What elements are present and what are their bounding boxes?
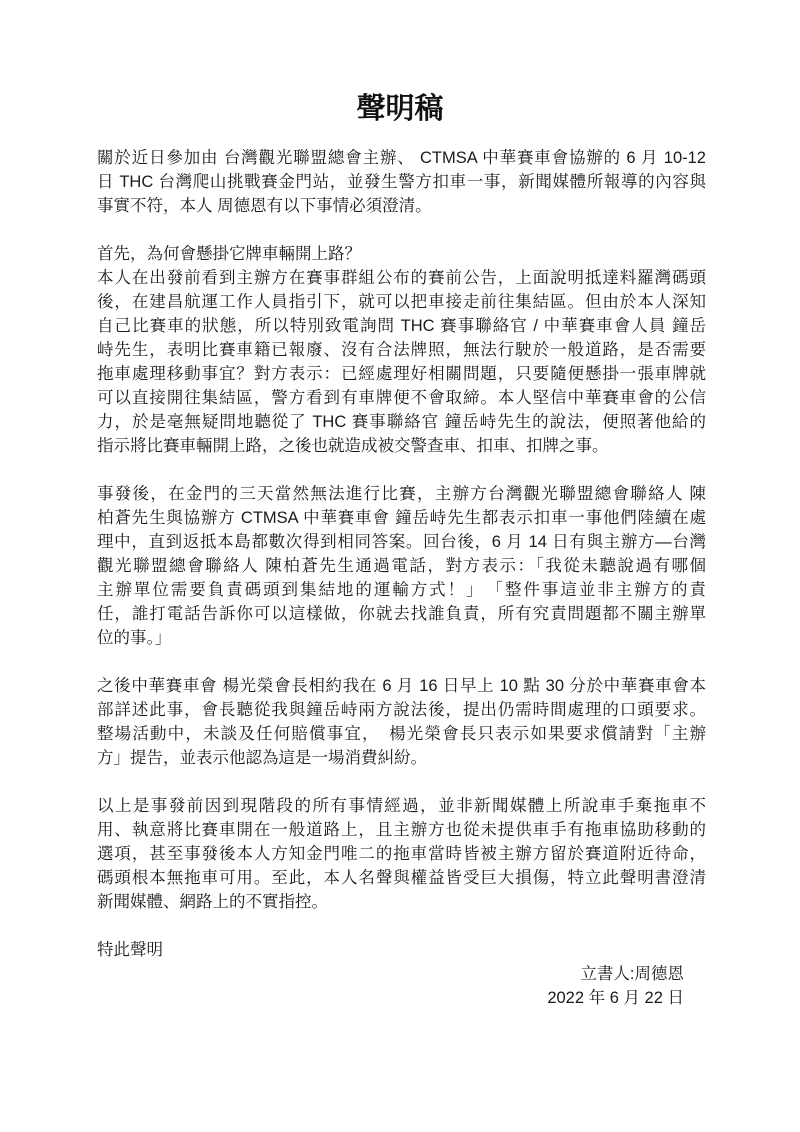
text-line: 自己比賽車的狀態，所以特別致電詢問 THC 賽事聯絡官 / 中華賽車會人員 鐘岳 (97, 314, 706, 338)
text-line: 位的事。」 (97, 626, 706, 650)
paragraph-question-heading: 首先，為何會懸掛它牌車輛開上路？ (97, 242, 706, 266)
paragraph-conclusion: 以上是事發前因到現階段的所有事情經過，並非新聞媒體上所說車手棄拖車不 用、執意將… (97, 794, 706, 914)
text-line: 選項，甚至事發後本人方知金門唯二的拖車當時皆被主辦方留於賽道附近待命， (97, 842, 706, 866)
text-line: 以上是事發前因到現階段的所有事情經過，並非新聞媒體上所說車手棄拖車不 (97, 794, 706, 818)
text-line: 拖車處理移動事宜？對方表示：已經處理好相關問題，只要隨便懸掛一張車牌就 (97, 362, 706, 386)
text-line: 事發後，在金門的三天當然無法進行比賽，主辦方台灣觀光聯盟總會聯絡人 陳 (97, 482, 706, 506)
text-line: 觀光聯盟總會聯絡人 陳柏蒼先生通過電話，對方表示：「我從未聽說過有哪個 (97, 554, 706, 578)
text-line: 後，在建昌航運工作人員指引下，就可以把車接走前往集結區。但由於本人深知 (97, 290, 706, 314)
text-line: 整場活動中，未談及任何賠償事宜， 楊光榮會長只表示如果要求償請對「主辦 (97, 722, 706, 746)
text-line: 方」提告，並表示他認為這是一場消費糾紛。 (97, 746, 706, 770)
text-line: 日 THC 台灣爬山挑戰賽金門站，並發生警方扣車一事，新聞媒體所報導的內容與 (97, 170, 706, 194)
paragraph-meeting: 之後中華賽車會 楊光榮會長相約我在 6 月 16 日早上 10 點 30 分於中… (97, 674, 706, 770)
paragraph-explanation: 本人在出發前看到主辦方在賽事群組公布的賽前公告，上面說明抵達料羅灣碼頭 後，在建… (97, 266, 706, 458)
signatory-name: 立書人:周德恩 (97, 962, 684, 986)
text-line: 首先，為何會懸掛它牌車輛開上路？ (97, 242, 706, 266)
text-line: 力，於是毫無疑問地聽從了 THC 賽事聯絡官 鐘岳峙先生的說法，便照著他給的 (97, 410, 706, 434)
text-line: 關於近日參加由 台灣觀光聯盟總會主辦、 CTMSA 中華賽車會協辦的 6 月 1… (97, 146, 706, 170)
paragraph-aftermath: 事發後，在金門的三天當然無法進行比賽，主辦方台灣觀光聯盟總會聯絡人 陳 柏蒼先生… (97, 482, 706, 650)
signature-block: 立書人:周德恩 2022 年 6 月 22 日 (97, 962, 706, 1010)
statement-body: 關於近日參加由 台灣觀光聯盟總會主辦、 CTMSA 中華賽車會協辦的 6 月 1… (97, 146, 706, 1010)
text-line: 部詳述此事，會長聽從我與鐘岳峙兩方說法後，提出仍需時間處理的口頭要求。 (97, 698, 706, 722)
document-page: 聲明稿 關於近日參加由 台灣觀光聯盟總會主辦、 CTMSA 中華賽車會協辦的 6… (0, 0, 800, 1132)
text-line: 指示將比賽車輛開上路，之後也就造成被交警查車、扣車、扣牌之事。 (97, 434, 706, 458)
text-line: 特此聲明 (97, 938, 706, 962)
statement-title: 聲明稿 (0, 0, 800, 125)
text-line: 理中，直到返抵本島都數次得到相同答案。回台後，6 月 14 日有與主辦方—台灣 (97, 530, 706, 554)
signature-date: 2022 年 6 月 22 日 (97, 986, 684, 1010)
text-line: 之後中華賽車會 楊光榮會長相約我在 6 月 16 日早上 10 點 30 分於中… (97, 674, 706, 698)
text-line: 可以直接開往集結區，警方看到有車牌便不會取締。本人堅信中華賽車會的公信 (97, 386, 706, 410)
text-line: 碼頭根本無拖車可用。至此，本人名聲與權益皆受巨大損傷，特立此聲明書澄清 (97, 866, 706, 890)
text-line: 柏蒼先生與協辦方 CTMSA 中華賽車會 鐘岳峙先生都表示扣車一事他們陸續在處 (97, 506, 706, 530)
text-line: 本人在出發前看到主辦方在賽事群組公布的賽前公告，上面說明抵達料羅灣碼頭 (97, 266, 706, 290)
paragraph-closing: 特此聲明 (97, 938, 706, 962)
paragraph-intro: 關於近日參加由 台灣觀光聯盟總會主辦、 CTMSA 中華賽車會協辦的 6 月 1… (97, 146, 706, 218)
text-line: 任，誰打電話告訴你可以這樣做，你就去找誰負責，所有究責問題都不關主辦單 (97, 602, 706, 626)
text-line: 峙先生，表明比賽車籍已報廢、沒有合法牌照，無法行駛於一般道路，是否需要 (97, 338, 706, 362)
text-line: 新聞媒體、網路上的不實指控。 (97, 890, 706, 914)
text-line: 事實不符，本人 周德恩有以下事情必須澄清。 (97, 194, 706, 218)
text-line: 用、執意將比賽車開在一般道路上，且主辦方也從未提供車手有拖車協助移動的 (97, 818, 706, 842)
text-line: 主辦單位需要負責碼頭到集結地的運輸方式！」 「整件事這並非主辦方的責 (97, 578, 706, 602)
